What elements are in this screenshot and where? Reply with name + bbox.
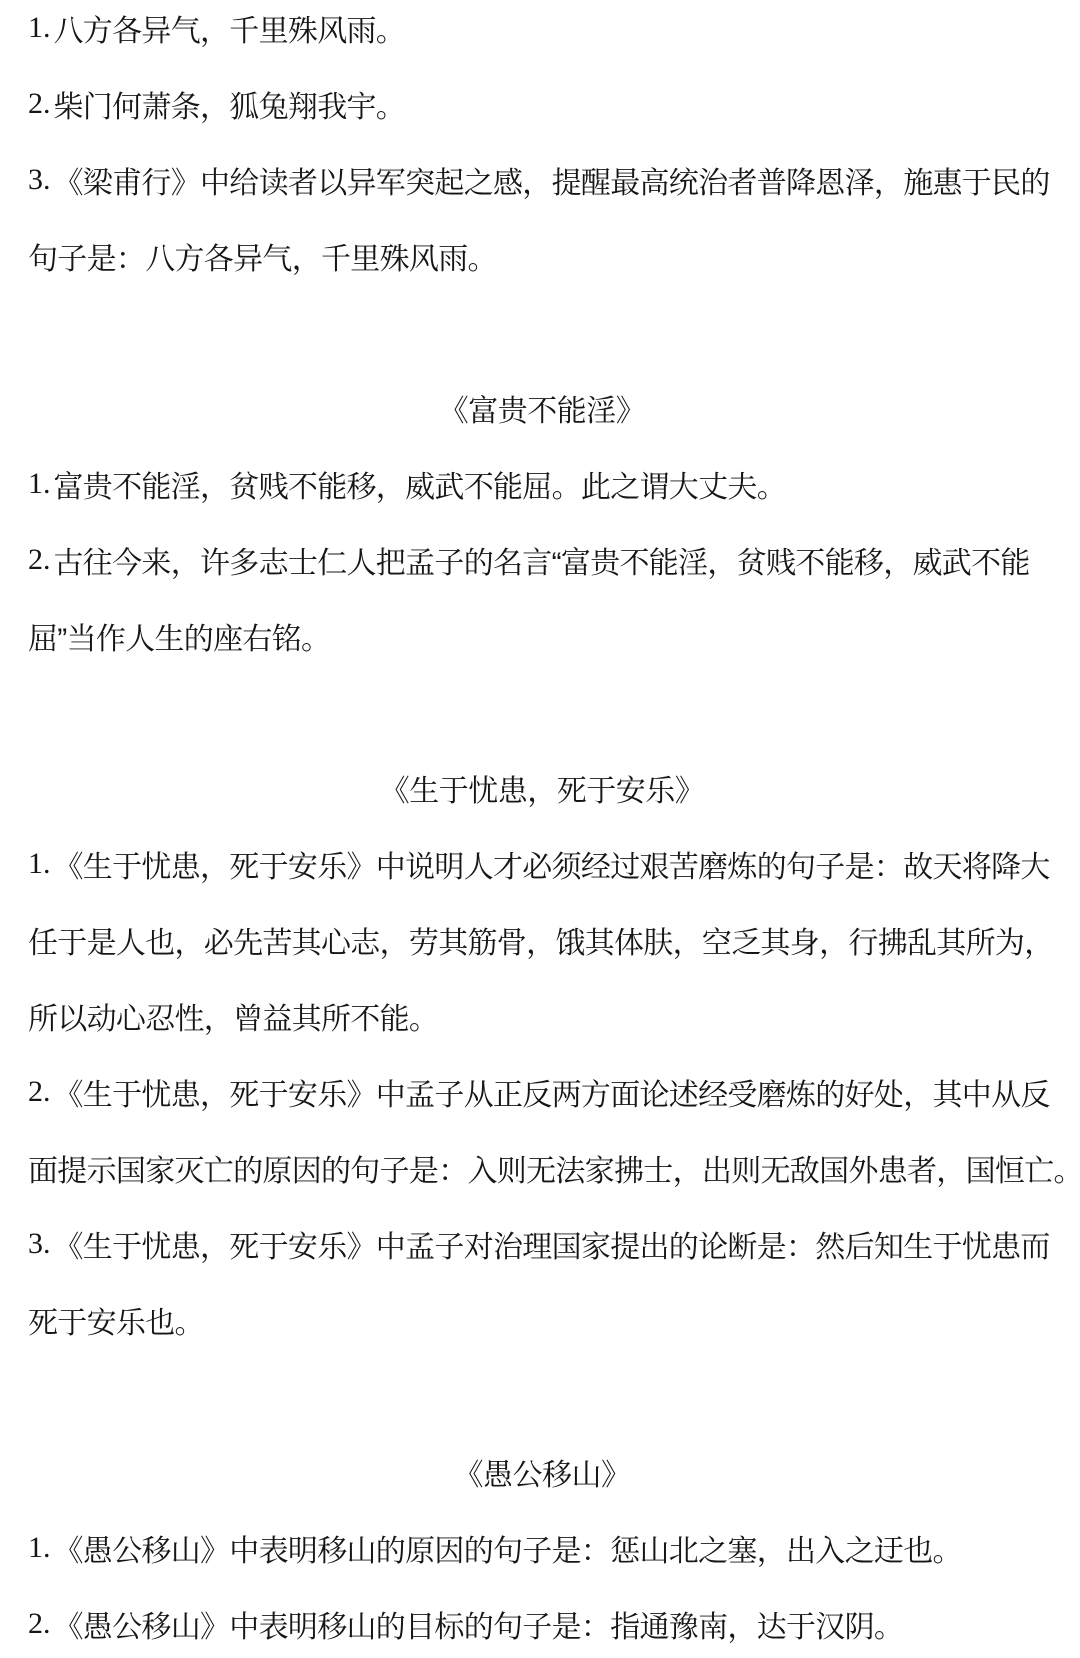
text-line: 3.《梁甫行》中给读者以异军突起之感，提醒最高统治者普降恩泽，施惠于民的 bbox=[28, 142, 1056, 218]
text-line: 1.八方各异气，千里殊风雨。 bbox=[28, 0, 1056, 66]
line-text: 富贵不能淫，贫贱不能移，威武不能屈。此之谓大丈夫。 bbox=[54, 462, 787, 506]
item-number: 1. bbox=[28, 11, 54, 45]
text-line: 2.古往今来，许多志士仁人把孟子的名言“富贵不能淫，贫贱不能移，威武不能 bbox=[28, 522, 1056, 598]
section-heading-fugui: 《富贵不能淫》 bbox=[28, 370, 1056, 446]
text-line: 句子是：八方各异气，千里殊风雨。 bbox=[28, 218, 1056, 294]
text-line: 1.《生于忧患，死于安乐》中说明人才必须经过艰苦磨炼的句子是：故天将降大 bbox=[28, 826, 1056, 902]
section-heading-yugong-yishan: 《愚公移山》 bbox=[28, 1434, 1056, 1510]
line-text: 古往今来，许多志士仁人把孟子的名言“富贵不能淫，贫贱不能移，威武不能 bbox=[54, 538, 1030, 582]
line-text: 死于安乐也。 bbox=[28, 1298, 204, 1342]
blank-line bbox=[28, 1358, 1056, 1434]
line-text: 面提示国家灭亡的原因的句子是：入则无法家拂士，出则无敌国外患者，国恒亡。 bbox=[28, 1146, 1080, 1190]
heading-text: 《富贵不能淫》 bbox=[439, 386, 646, 430]
document-page: 1.八方各异气，千里殊风雨。 2.柴门何萧条，狐兔翔我宇。 3.《梁甫行》中给读… bbox=[0, 0, 1080, 1648]
line-text: 八方各异气，千里殊风雨。 bbox=[54, 6, 406, 50]
text-line: 屈”当作人生的座右铭。 bbox=[28, 598, 1056, 674]
line-text: 任于是人也，必先苦其心志，劳其筋骨，饿其体肤，空乏其身，行拂乱其所为， bbox=[28, 918, 1054, 962]
line-text: 柴门何萧条，狐兔翔我宇。 bbox=[54, 82, 406, 126]
line-text: 《生于忧患，死于安乐》中孟子对治理国家提出的论断是：然后知生于忧患而 bbox=[54, 1222, 1050, 1266]
text-line: 2.柴门何萧条，狐兔翔我宇。 bbox=[28, 66, 1056, 142]
text-line: 任于是人也，必先苦其心志，劳其筋骨，饿其体肤，空乏其身，行拂乱其所为， bbox=[28, 902, 1056, 978]
text-line: 2.《愚公移山》中表明移山的目标的句子是：指通豫南，达于汉阴。 bbox=[28, 1586, 1056, 1658]
item-number: 1. bbox=[28, 467, 54, 501]
line-text: 《愚公移山》中表明移山的目标的句子是：指通豫南，达于汉阴。 bbox=[54, 1602, 904, 1646]
line-text: 《生于忧患，死于安乐》中孟子从正反两方面论述经受磨炼的好处，其中从反 bbox=[54, 1070, 1050, 1114]
text-line: 3.《生于忧患，死于安乐》中孟子对治理国家提出的论断是：然后知生于忧患而 bbox=[28, 1206, 1056, 1282]
item-number: 2. bbox=[28, 543, 54, 577]
section-heading-shengyu-youhuan: 《生于忧患，死于安乐》 bbox=[28, 750, 1056, 826]
line-text: 《愚公移山》中表明移山的原因的句子是：惩山北之塞，出入之迂也。 bbox=[54, 1526, 962, 1570]
line-text: 屈”当作人生的座右铭。 bbox=[28, 614, 330, 658]
line-text: 所以动心忍性，曾益其所不能。 bbox=[28, 994, 438, 1038]
line-text: 句子是：八方各异气，千里殊风雨。 bbox=[28, 234, 497, 278]
text-line: 1.《愚公移山》中表明移山的原因的句子是：惩山北之塞，出入之迂也。 bbox=[28, 1510, 1056, 1586]
blank-line bbox=[28, 294, 1056, 370]
line-text: 《生于忧患，死于安乐》中说明人才必须经过艰苦磨炼的句子是：故天将降大 bbox=[54, 842, 1050, 886]
text-line: 所以动心忍性，曾益其所不能。 bbox=[28, 978, 1056, 1054]
line-text: 《梁甫行》中给读者以异军突起之感，提醒最高统治者普降恩泽，施惠于民的 bbox=[54, 158, 1050, 202]
item-number: 1. bbox=[28, 1531, 54, 1565]
item-number: 1. bbox=[28, 847, 54, 881]
heading-text: 《愚公移山》 bbox=[454, 1450, 631, 1494]
text-line: 1.富贵不能淫，贫贱不能移，威武不能屈。此之谓大丈夫。 bbox=[28, 446, 1056, 522]
item-number: 3. bbox=[28, 163, 54, 197]
item-number: 3. bbox=[28, 1227, 54, 1261]
blank-line bbox=[28, 674, 1056, 750]
item-number: 2. bbox=[28, 87, 54, 121]
heading-text: 《生于忧患，死于安乐》 bbox=[380, 766, 705, 810]
item-number: 2. bbox=[28, 1607, 54, 1641]
text-line: 死于安乐也。 bbox=[28, 1282, 1056, 1358]
item-number: 2. bbox=[28, 1075, 54, 1109]
text-line: 2.《生于忧患，死于安乐》中孟子从正反两方面论述经受磨炼的好处，其中从反 bbox=[28, 1054, 1056, 1130]
text-line: 面提示国家灭亡的原因的句子是：入则无法家拂士，出则无敌国外患者，国恒亡。 bbox=[28, 1130, 1056, 1206]
